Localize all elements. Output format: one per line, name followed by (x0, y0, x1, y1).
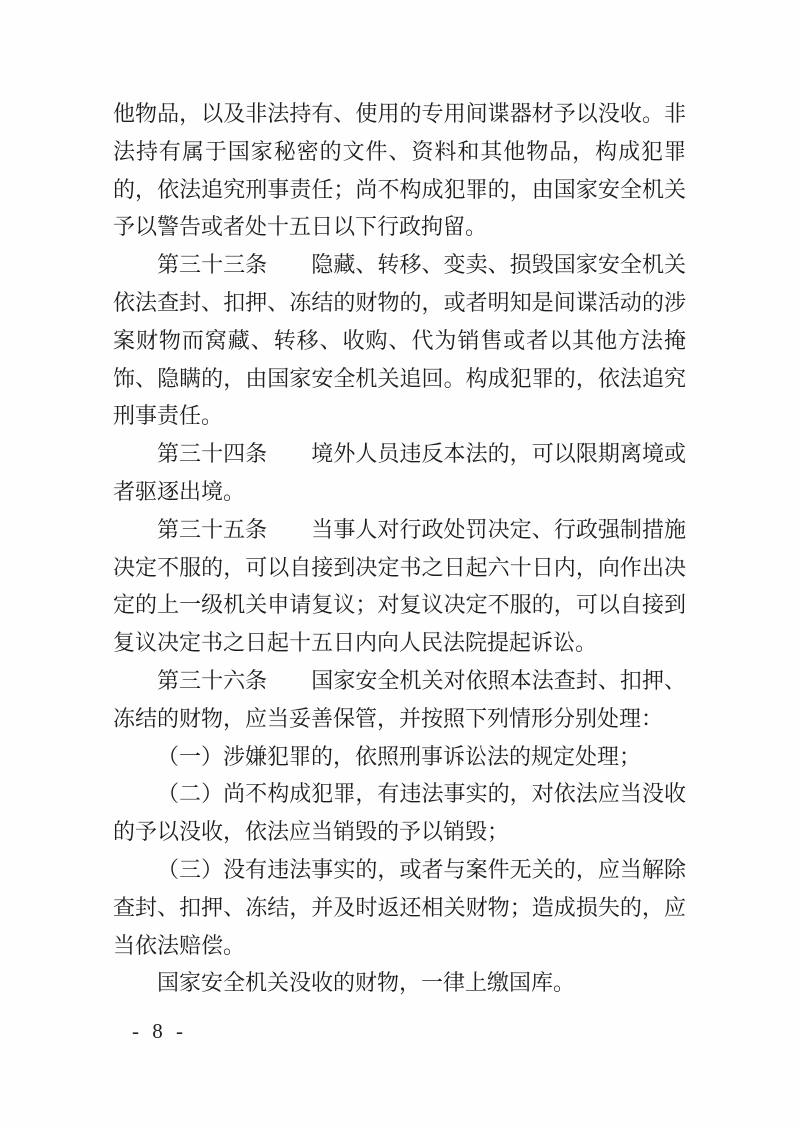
paragraph-article-36-item-3: （三）没有违法事实的，或者与案件无关的，应当解除查封、扣押、冻结，并及时返还相关… (113, 851, 686, 964)
paragraph-article-36-lead: 第三十六条 国家安全机关对依照本法查封、扣押、冻结的财物，应当妥善保管，并按照下… (113, 662, 686, 738)
page-number: - 8 - (132, 1019, 187, 1044)
paragraph-article-36-item-2: （二）尚不构成犯罪，有违法事实的，对依法应当没收的予以没收，依法应当销毁的予以销… (113, 775, 686, 851)
document-page: 他物品，以及非法持有、使用的专用间谍器材予以没收。非法持有属于国家秘密的文件、资… (0, 0, 800, 1131)
paragraph-article-34: 第三十四条 境外人员违反本法的，可以限期离境或者驱逐出境。 (113, 435, 686, 511)
paragraph-article-36-final: 国家安全机关没收的财物，一律上缴国库。 (113, 964, 686, 1002)
paragraph-article-35: 第三十五条 当事人对行政处罚决定、行政强制措施决定不服的，可以自接到决定书之日起… (113, 511, 686, 662)
paragraph-article-33: 第三十三条 隐藏、转移、变卖、损毁国家安全机关依法查封、扣押、冻结的财物的，或者… (113, 246, 686, 435)
document-body: 他物品，以及非法持有、使用的专用间谍器材予以没收。非法持有属于国家秘密的文件、资… (113, 95, 686, 1002)
paragraph-article-36-item-1: （一）涉嫌犯罪的，依照刑事诉讼法的规定处理； (113, 738, 686, 776)
paragraph-article-32-continuation: 他物品，以及非法持有、使用的专用间谍器材予以没收。非法持有属于国家秘密的文件、资… (113, 95, 686, 246)
